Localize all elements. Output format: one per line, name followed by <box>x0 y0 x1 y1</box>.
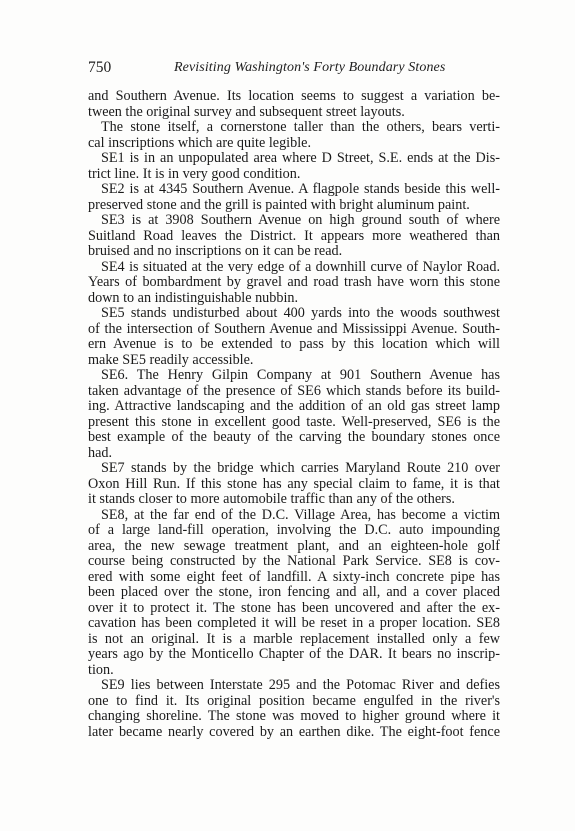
paragraph-se1: SE1 is in an unpopulated area where D St… <box>88 151 500 182</box>
text-line: SE2 is at 4345 Southern Avenue. A flagpo… <box>88 182 500 198</box>
text-line: and Southern Avenue. Its location seems … <box>88 89 500 105</box>
running-title: Revisiting Washington's Forty Boundary S… <box>174 60 445 76</box>
text-line: SE8, at the far end of the D.C. Village … <box>88 508 500 524</box>
text-line: cal inscriptions which are quite legible… <box>88 136 500 152</box>
text-line: cavation has been completed it will be r… <box>88 616 500 632</box>
text-line: make SE5 readily accessible. <box>88 353 500 369</box>
text-line: Oxon Hill Run. If this stone has any spe… <box>88 477 500 493</box>
paragraph-se9: SE9 lies between Interstate 295 and the … <box>88 678 500 740</box>
text-line: SE1 is in an unpopulated area where D St… <box>88 151 500 167</box>
text-line: trict line. It is in very good condition… <box>88 167 500 183</box>
paragraph-continuation: and Southern Avenue. Its location seems … <box>88 89 500 120</box>
text-line: SE4 is situated at the very edge of a do… <box>88 260 500 276</box>
text-line: it stands closer to more automobile traf… <box>88 492 500 508</box>
text-line: is not an original. It is a marble repla… <box>88 632 500 648</box>
text-line: been placed over the stone, iron fencing… <box>88 585 500 601</box>
paragraph-stone-description: The stone itself, a cornerstone taller t… <box>88 120 500 151</box>
paragraph-se8: SE8, at the far end of the D.C. Village … <box>88 508 500 679</box>
text-line: SE5 stands undisturbed about 400 yards i… <box>88 306 500 322</box>
text-line: over it to protect it. The stone has bee… <box>88 601 500 617</box>
text-line: of a large land-fill operation, involvin… <box>88 523 500 539</box>
paragraph-se3: SE3 is at 3908 Southern Avenue on high g… <box>88 213 500 260</box>
text-line: SE6. The Henry Gilpin Company at 901 Sou… <box>88 368 500 384</box>
text-line: tion. <box>88 663 500 679</box>
text-line: ern Avenue is to be extended to pass by … <box>88 337 500 353</box>
page-number: 750 <box>88 59 111 77</box>
text-line: The stone itself, a cornerstone taller t… <box>88 120 500 136</box>
text-line: bruised and no inscriptions on it can be… <box>88 244 500 260</box>
text-line: ered with some eight feet of landfill. A… <box>88 570 500 586</box>
text-line: down to an indistinguishable nubbin. <box>88 291 500 307</box>
text-line: one to find it. Its original position be… <box>88 694 500 710</box>
running-head: 750 Revisiting Washington's Forty Bounda… <box>88 59 500 77</box>
text-line: later became nearly covered by an earthe… <box>88 725 500 741</box>
text-line: Suitland Road leaves the District. It ap… <box>88 229 500 245</box>
text-line: had. <box>88 446 500 462</box>
paragraph-se4: SE4 is situated at the very edge of a do… <box>88 260 500 307</box>
text-line: best example of the beauty of the carvin… <box>88 430 500 446</box>
text-line: course being constructed by the National… <box>88 554 500 570</box>
text-line: ing. Attractive landscaping and the addi… <box>88 399 500 415</box>
text-line: SE7 stands by the bridge which carries M… <box>88 461 500 477</box>
text-line: present this stone in excellent good tas… <box>88 415 500 431</box>
paragraph-se7: SE7 stands by the bridge which carries M… <box>88 461 500 508</box>
text-line: area, the new sewage treatment plant, an… <box>88 539 500 555</box>
paragraph-se5: SE5 stands undisturbed about 400 yards i… <box>88 306 500 368</box>
text-line: tween the original survey and subsequent… <box>88 105 500 121</box>
body-text: and Southern Avenue. Its location seems … <box>88 89 500 740</box>
paragraph-se6: SE6. The Henry Gilpin Company at 901 Sou… <box>88 368 500 461</box>
text-line: SE9 lies between Interstate 295 and the … <box>88 678 500 694</box>
text-line: SE3 is at 3908 Southern Avenue on high g… <box>88 213 500 229</box>
text-line: changing shoreline. The stone was moved … <box>88 709 500 725</box>
book-page: 750 Revisiting Washington's Forty Bounda… <box>0 0 575 831</box>
paragraph-se2: SE2 is at 4345 Southern Avenue. A flagpo… <box>88 182 500 213</box>
text-line: of the intersection of Southern Avenue a… <box>88 322 500 338</box>
text-line: taken advantage of the presence of SE6 w… <box>88 384 500 400</box>
text-line: Years of bombardment by gravel and road … <box>88 275 500 291</box>
text-line: years ago by the Monticello Chapter of t… <box>88 647 500 663</box>
text-line: preserved stone and the grill is painted… <box>88 198 500 214</box>
